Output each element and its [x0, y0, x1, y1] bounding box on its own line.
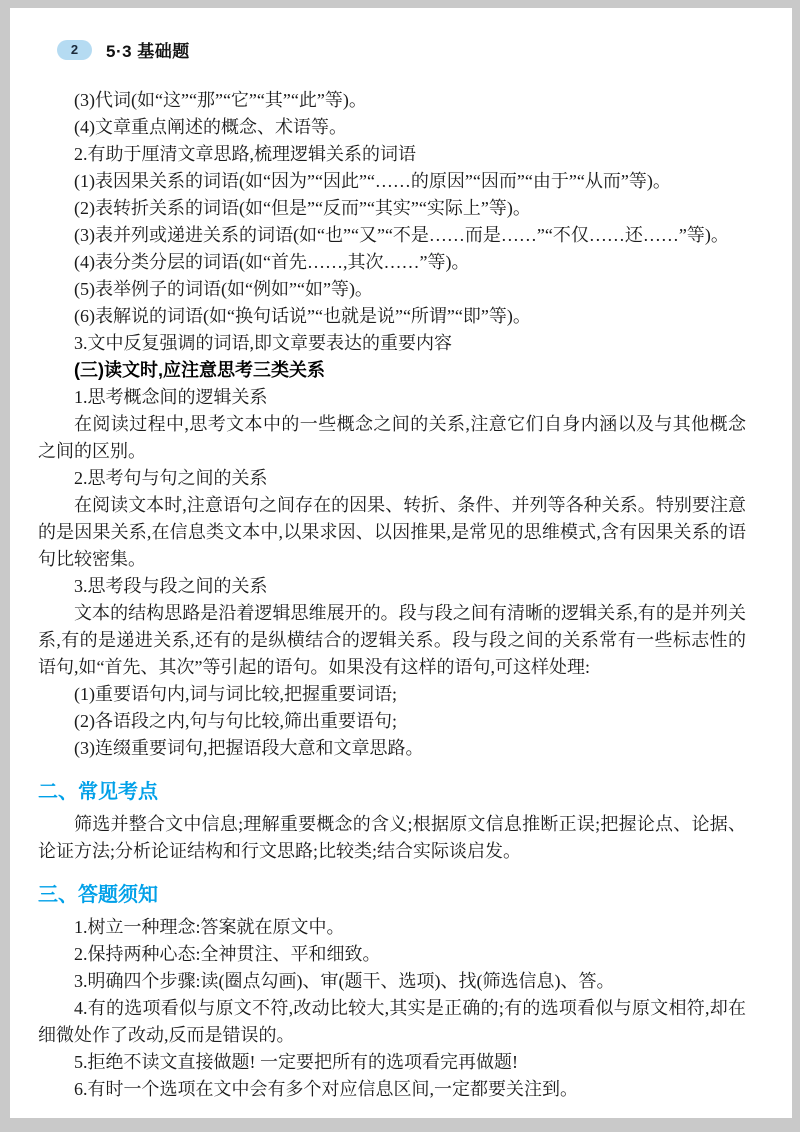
paragraph: 2.保持两种心态:全神贯注、平和细致。: [38, 941, 746, 968]
paragraph: 2.思考句与句之间的关系: [38, 465, 746, 492]
paragraph: (4)文章重点阐述的概念、术语等。: [38, 114, 746, 141]
paragraph: 文本的结构思路是沿着逻辑思维展开的。段与段之间有清晰的逻辑关系,有的是并列关系,…: [38, 600, 746, 681]
page-header: 2 5·3 基础题: [10, 8, 792, 62]
section-heading: 二、常见考点: [38, 779, 746, 806]
paragraph: 在阅读过程中,思考文本中的一些概念之间的关系,注意它们自身内涵以及与其他概念之间…: [38, 411, 746, 465]
paragraph: (6)表解说的词语(如“换句话说”“也就是说”“所谓”“即”等)。: [38, 303, 746, 330]
paragraph: 1.树立一种理念:答案就在原文中。: [38, 914, 746, 941]
page-number-badge: 2: [57, 40, 92, 60]
paragraph: 在阅读文本时,注意语句之间存在的因果、转折、条件、并列等各种关系。特别要注意的是…: [38, 492, 746, 573]
section-heading: 三、答题须知: [38, 882, 746, 909]
sub-heading: (三)读文时,应注意思考三类关系: [38, 357, 746, 384]
paragraph: 3.文中反复强调的词语,即文章要表达的重要内容: [38, 330, 746, 357]
paragraph: 1.思考概念间的逻辑关系: [38, 384, 746, 411]
paragraph: (3)连缀重要词句,把握语段大意和文章思路。: [38, 735, 746, 762]
paragraph: (2)表转折关系的词语(如“但是”“反而”“其实”“实际上”等)。: [38, 195, 746, 222]
paragraph: 2.有助于厘清文章思路,梳理逻辑关系的词语: [38, 141, 746, 168]
paragraph: 6.有时一个选项在文中会有多个对应信息区间,一定都要关注到。: [38, 1076, 746, 1103]
page-content: (3)代词(如“这”“那”“它”“其”“此”等)。(4)文章重点阐述的概念、术语…: [10, 87, 792, 1103]
book-title: 5·3 基础题: [106, 37, 190, 62]
paragraph: (1)表因果关系的词语(如“因为”“因此”“……的原因”“因而”“由于”“从而”…: [38, 168, 746, 195]
paragraph: (3)代词(如“这”“那”“它”“其”“此”等)。: [38, 87, 746, 114]
paragraph: (5)表举例子的词语(如“例如”“如”等)。: [38, 276, 746, 303]
paragraph: 筛选并整合文中信息;理解重要概念的含义;根据原文信息推断正误;把握论点、论据、论…: [38, 811, 746, 865]
paragraph: 3.明确四个步骤:读(圈点勾画)、审(题干、选项)、找(筛选信息)、答。: [38, 968, 746, 995]
paragraph: (1)重要语句内,词与词比较,把握重要词语;: [38, 681, 746, 708]
textbook-page: 2 5·3 基础题 (3)代词(如“这”“那”“它”“其”“此”等)。(4)文章…: [10, 8, 792, 1118]
paragraph: (2)各语段之内,句与句比较,筛出重要语句;: [38, 708, 746, 735]
paragraph: (3)表并列或递进关系的词语(如“也”“又”“不是……而是……”“不仅……还………: [38, 222, 746, 249]
paragraph: (4)表分类分层的词语(如“首先……,其次……”等)。: [38, 249, 746, 276]
paragraph: 5.拒绝不读文直接做题! 一定要把所有的选项看完再做题!: [38, 1049, 746, 1076]
paragraph: 4.有的选项看似与原文不符,改动比较大,其实是正确的;有的选项看似与原文相符,却…: [38, 995, 746, 1049]
paragraph: 3.思考段与段之间的关系: [38, 573, 746, 600]
